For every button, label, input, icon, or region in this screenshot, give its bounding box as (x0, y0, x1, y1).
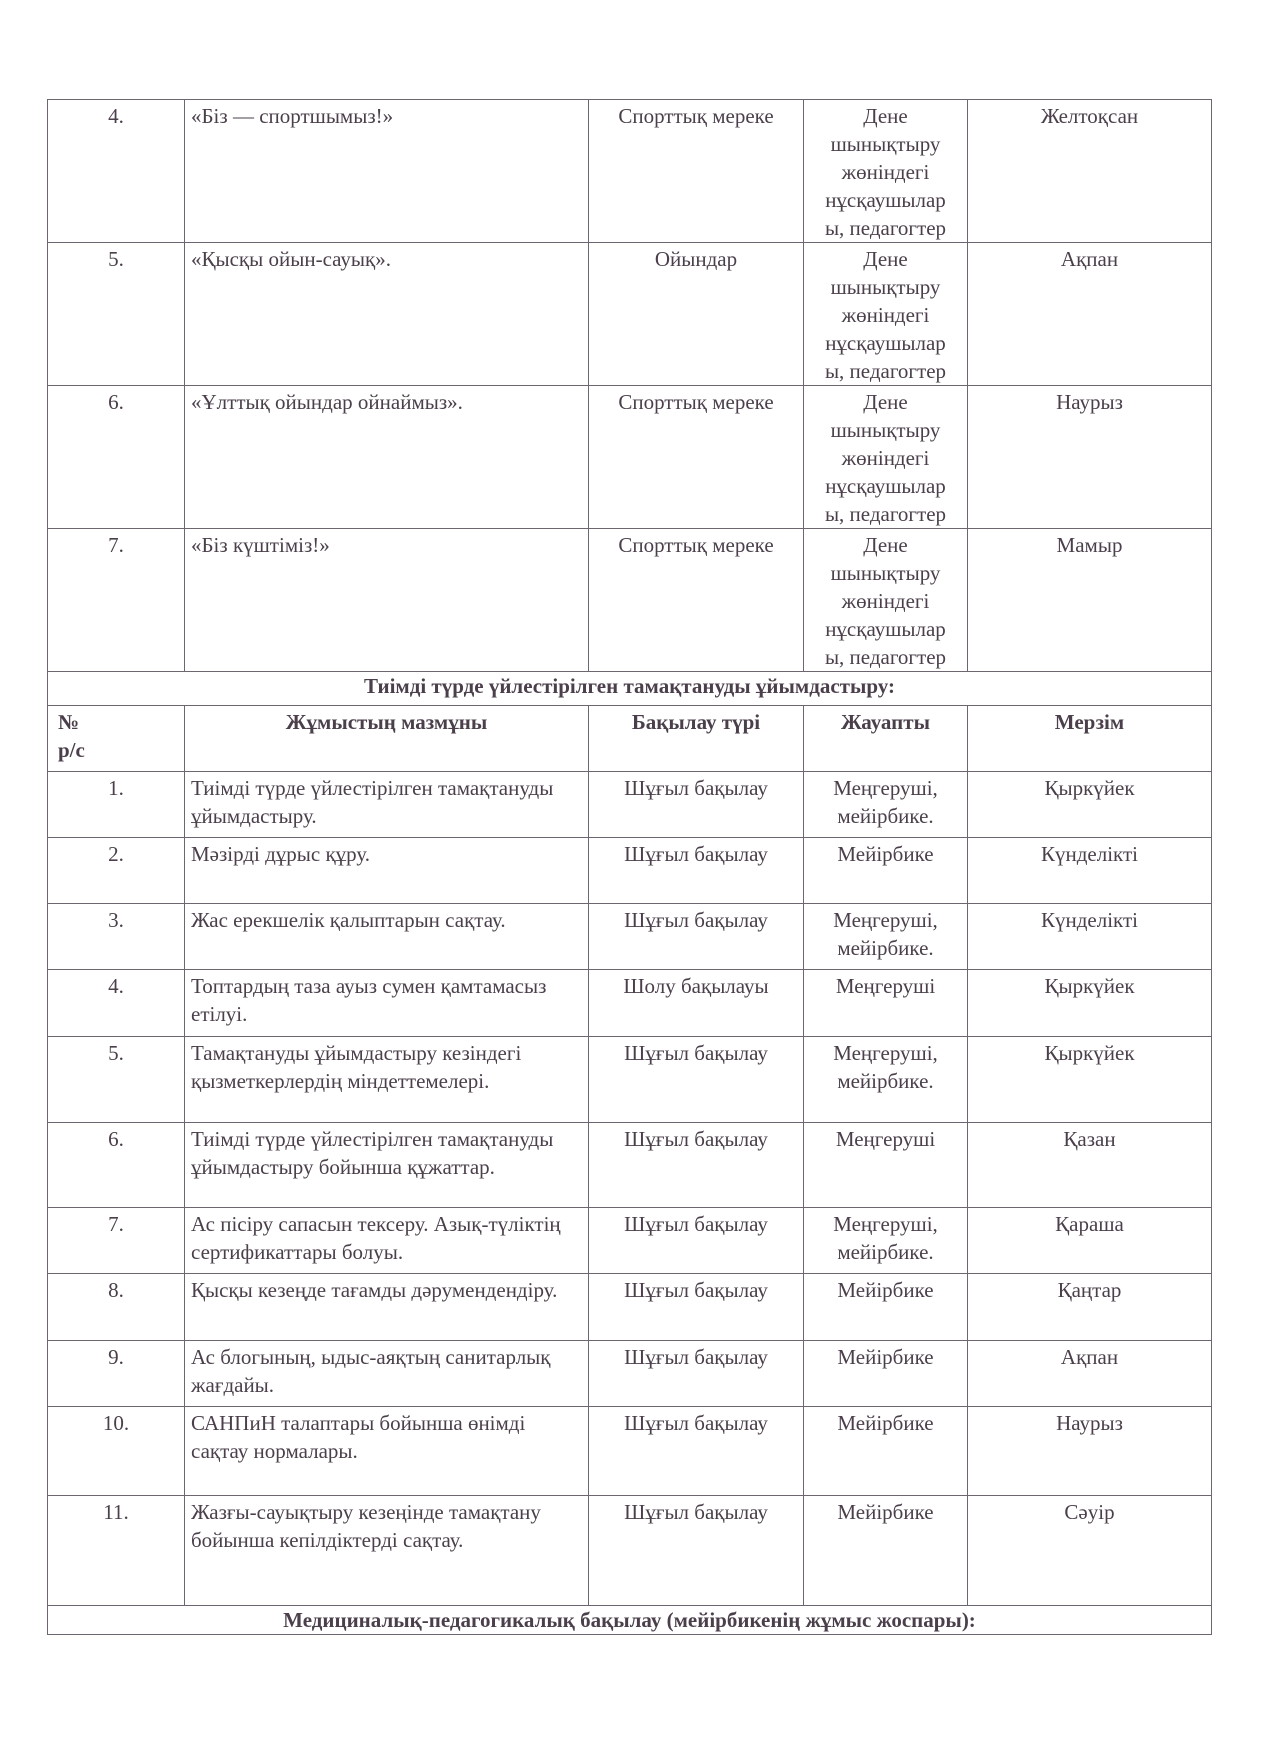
work-content: САНПиН талаптары бойынша өнімді сақтау н… (185, 1407, 589, 1496)
event-form: Спорттық мереке (589, 100, 804, 243)
responsible-line: ы, педагогтер (806, 214, 965, 242)
section-header-nutrition: Тиімді түрде үйлестірілген тамақтануды ұ… (48, 672, 1212, 706)
control-type: Шұғыл бақылау (589, 1341, 804, 1407)
control-type: Шолу бақылауы (589, 970, 804, 1037)
event-row: 4.«Біз — спортшымыз!»Спорттық мерекеДене… (48, 100, 1212, 243)
control-type: Шұғыл бақылау (589, 838, 804, 904)
responsible-line: Дене (806, 531, 965, 559)
event-period: Желтоқсан (968, 100, 1212, 243)
responsible: Мейірбике (804, 1274, 968, 1341)
period: Қыркүйек (968, 970, 1212, 1037)
nutrition-row: 11.Жазғы-сауықтыру кезеңінде тамақтану б… (48, 1496, 1212, 1606)
period: Күнделікті (968, 838, 1212, 904)
header-num-line: № (58, 708, 178, 736)
responsible-line: шынықтыру (806, 559, 965, 587)
work-content: Жазғы-сауықтыру кезеңінде тамақтану бойы… (185, 1496, 589, 1606)
nutrition-row: 7.Ас пісіру сапасын тексеру. Азық-түлікт… (48, 1208, 1212, 1274)
event-title: «Біз — спортшымыз!» (185, 100, 589, 243)
responsible-line: жөніндегі (806, 301, 965, 329)
control-type: Шұғыл бақылау (589, 1496, 804, 1606)
row-number: 8. (48, 1274, 185, 1341)
period: Қараша (968, 1208, 1212, 1274)
event-period: Мамыр (968, 529, 1212, 672)
responsible: Меңгеруші, мейірбике. (804, 772, 968, 838)
section-title: Тиімді түрде үйлестірілген тамақтануды ұ… (48, 672, 1212, 706)
period: Қыркүйек (968, 772, 1212, 838)
event-responsible: Денешынықтыружөніндегінұсқаушылары, педа… (804, 243, 968, 386)
plan-table-body: 4.«Біз — спортшымыз!»Спорттық мерекеДене… (48, 100, 1212, 1635)
event-responsible: Денешынықтыружөніндегінұсқаушылары, педа… (804, 386, 968, 529)
period: Наурыз (968, 1407, 1212, 1496)
period: Қаңтар (968, 1274, 1212, 1341)
nutrition-row: 1.Тиімді түрде үйлестірілген тамақтануды… (48, 772, 1212, 838)
responsible: Меңгеруші, мейірбике. (804, 904, 968, 970)
responsible-line: нұсқаушылар (806, 615, 965, 643)
event-title: «Ұлттық ойындар ойнаймыз». (185, 386, 589, 529)
period: Күнделікті (968, 904, 1212, 970)
event-title: «Біз күштіміз!» (185, 529, 589, 672)
period: Қазан (968, 1123, 1212, 1208)
control-type: Шұғыл бақылау (589, 1037, 804, 1123)
work-content: Қысқы кезеңде тағамды дәрумендендіру. (185, 1274, 589, 1341)
period: Ақпан (968, 1341, 1212, 1407)
responsible-line: ы, педагогтер (806, 357, 965, 385)
row-number: 9. (48, 1341, 185, 1407)
event-form: Спорттық мереке (589, 386, 804, 529)
row-number: 10. (48, 1407, 185, 1496)
responsible: Мейірбике (804, 1407, 968, 1496)
responsible-line: шынықтыру (806, 130, 965, 158)
section-title: Медициналық-педагогикалық бақылау (мейір… (48, 1606, 1212, 1635)
control-type: Шұғыл бақылау (589, 1274, 804, 1341)
row-number: 7. (48, 1208, 185, 1274)
plan-table: 4.«Біз — спортшымыз!»Спорттық мерекеДене… (47, 99, 1212, 1635)
work-content: Топтардың таза ауыз сумен қамтамасыз еті… (185, 970, 589, 1037)
control-type: Шұғыл бақылау (589, 772, 804, 838)
row-number: 5. (48, 243, 185, 386)
responsible: Мейірбике (804, 1341, 968, 1407)
row-number: 2. (48, 838, 185, 904)
control-type: Шұғыл бақылау (589, 904, 804, 970)
period: Сәуір (968, 1496, 1212, 1606)
work-content: Ас пісіру сапасын тексеру. Азық-түліктің… (185, 1208, 589, 1274)
responsible: Меңгеруші, мейірбике. (804, 1208, 968, 1274)
responsible-line: шынықтыру (806, 416, 965, 444)
event-title: «Қысқы ойын-сауық». (185, 243, 589, 386)
event-form: Ойындар (589, 243, 804, 386)
row-number: 3. (48, 904, 185, 970)
work-content: Тиімді түрде үйлестірілген тамақтануды ұ… (185, 1123, 589, 1208)
header-num-line: р/с (58, 736, 178, 764)
responsible-line: ы, педагогтер (806, 500, 965, 528)
responsible-line: жөніндегі (806, 587, 965, 615)
row-number: 5. (48, 1037, 185, 1123)
responsible: Меңгеруші, мейірбике. (804, 1037, 968, 1123)
event-period: Ақпан (968, 243, 1212, 386)
responsible-line: нұсқаушылар (806, 186, 965, 214)
responsible: Меңгеруші (804, 970, 968, 1037)
responsible-line: Дене (806, 245, 965, 273)
responsible: Мейірбике (804, 1496, 968, 1606)
nutrition-row: 2.Мәзірді дұрыс құру.Шұғыл бақылауМейірб… (48, 838, 1212, 904)
nutrition-row: 5.Тамақтануды ұйымдастыру кезіндегі қызм… (48, 1037, 1212, 1123)
event-row: 6.«Ұлттық ойындар ойнаймыз».Спорттық мер… (48, 386, 1212, 529)
responsible: Мейірбике (804, 838, 968, 904)
row-number: 7. (48, 529, 185, 672)
nutrition-row: 6.Тиімді түрде үйлестірілген тамақтануды… (48, 1123, 1212, 1208)
control-type: Шұғыл бақылау (589, 1123, 804, 1208)
work-content: Тиімді түрде үйлестірілген тамақтануды ұ… (185, 772, 589, 838)
nutrition-row: 8.Қысқы кезеңде тағамды дәрумендендіру.Ш… (48, 1274, 1212, 1341)
nutrition-row: 10.САНПиН талаптары бойынша өнімді сақта… (48, 1407, 1212, 1496)
header-control: Бақылау түрі (589, 706, 804, 772)
event-row: 5.«Қысқы ойын-сауық».ОйындарДенешынықтыр… (48, 243, 1212, 386)
responsible-line: шынықтыру (806, 273, 965, 301)
nutrition-row: 3.Жас ерекшелік қалыптарын сақтау.Шұғыл … (48, 904, 1212, 970)
event-row: 7.«Біз күштіміз!»Спорттық мерекеДенешыны… (48, 529, 1212, 672)
control-type: Шұғыл бақылау (589, 1208, 804, 1274)
nutrition-row: 4.Топтардың таза ауыз сумен қамтамасыз е… (48, 970, 1212, 1037)
row-number: 1. (48, 772, 185, 838)
row-number: 6. (48, 386, 185, 529)
row-number: 4. (48, 970, 185, 1037)
event-form: Спорттық мереке (589, 529, 804, 672)
header-period: Мерзім (968, 706, 1212, 772)
event-responsible: Денешынықтыружөніндегінұсқаушылары, педа… (804, 529, 968, 672)
work-content: Жас ерекшелік қалыптарын сақтау. (185, 904, 589, 970)
nutrition-row: 9.Ас блогының, ыдыс-аяқтың санитарлық жа… (48, 1341, 1212, 1407)
work-content: Ас блогының, ыдыс-аяқтың санитарлық жағд… (185, 1341, 589, 1407)
responsible-line: Дене (806, 102, 965, 130)
responsible-line: жөніндегі (806, 158, 965, 186)
column-header-row: №р/сЖұмыстың мазмұныБақылау түріЖауаптыМ… (48, 706, 1212, 772)
row-number: 4. (48, 100, 185, 243)
responsible-line: ы, педагогтер (806, 643, 965, 671)
work-content: Тамақтануды ұйымдастыру кезіндегі қызмет… (185, 1037, 589, 1123)
row-number: 6. (48, 1123, 185, 1208)
work-content: Мәзірді дұрыс құру. (185, 838, 589, 904)
event-period: Наурыз (968, 386, 1212, 529)
responsible-line: нұсқаушылар (806, 472, 965, 500)
header-responsible: Жауапты (804, 706, 968, 772)
header-num: №р/с (48, 706, 185, 772)
responsible-line: нұсқаушылар (806, 329, 965, 357)
header-content: Жұмыстың мазмұны (185, 706, 589, 772)
section-header-medical: Медициналық-педагогикалық бақылау (мейір… (48, 1606, 1212, 1635)
row-number: 11. (48, 1496, 185, 1606)
responsible: Меңгеруші (804, 1123, 968, 1208)
responsible-line: жөніндегі (806, 444, 965, 472)
period: Қыркүйек (968, 1037, 1212, 1123)
responsible-line: Дене (806, 388, 965, 416)
event-responsible: Денешынықтыружөніндегінұсқаушылары, педа… (804, 100, 968, 243)
control-type: Шұғыл бақылау (589, 1407, 804, 1496)
